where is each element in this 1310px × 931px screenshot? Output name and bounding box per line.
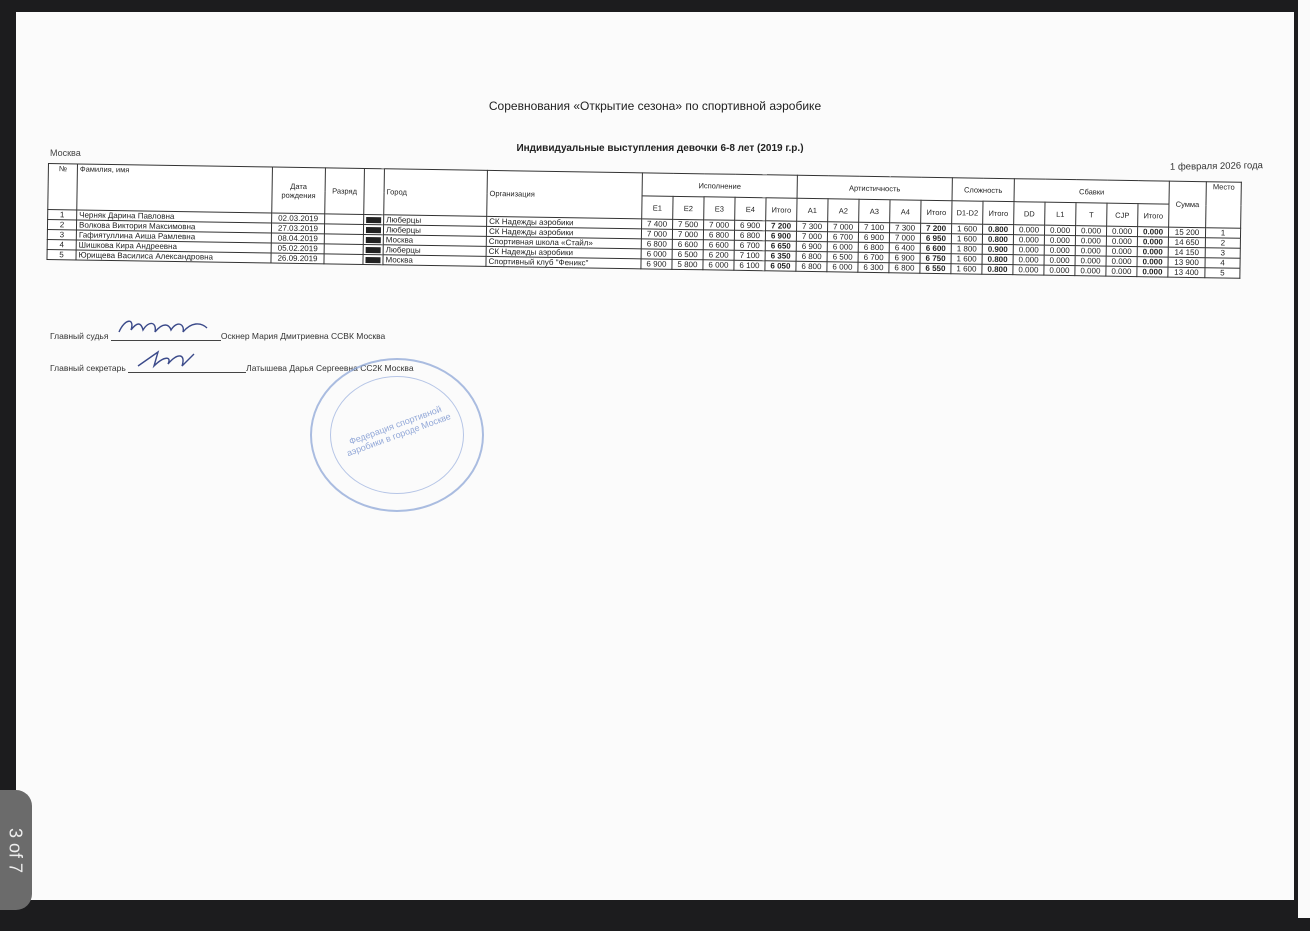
- subheader-cell: Итого: [766, 198, 797, 221]
- row-sum: 14 150: [1168, 247, 1205, 258]
- score-cell: 0.800: [982, 224, 1013, 234]
- row-dob: 02.03.2019: [272, 213, 325, 224]
- page-indicator[interactable]: 3 of 7: [0, 790, 32, 910]
- score-cell: 0.000: [1044, 235, 1075, 245]
- row-dob: 05.02.2019: [271, 243, 324, 254]
- row-num: 3: [47, 229, 76, 239]
- header-city: Город: [384, 169, 488, 217]
- score-cell: 6 350: [765, 251, 796, 261]
- header-num: №: [48, 164, 78, 210]
- row-num: 5: [47, 249, 76, 259]
- score-cell: 7 300: [797, 221, 828, 231]
- official-stamp: Федерация спортивной аэробики в городе М…: [310, 358, 484, 512]
- header-sum: Сумма: [1169, 181, 1207, 228]
- row-city: Москва: [383, 255, 486, 267]
- score-cell: 7 300: [890, 223, 921, 233]
- row-sum: 14 650: [1168, 237, 1205, 248]
- next-page-edge: [1298, 0, 1310, 918]
- score-cell: 0.000: [1044, 255, 1075, 265]
- score-cell: 6 600: [703, 240, 734, 250]
- subheader-cell: E1: [642, 196, 673, 219]
- score-cell: 1 600: [951, 234, 982, 244]
- score-cell: 0.000: [1013, 235, 1044, 245]
- score-cell: 6 400: [889, 243, 920, 253]
- score-cell: 6 650: [765, 241, 796, 251]
- score-cell: 0.000: [1137, 257, 1168, 267]
- score-cell: 7 000: [704, 220, 735, 230]
- score-cell: 6 900: [858, 232, 889, 242]
- score-cell: 6 900: [641, 259, 672, 269]
- score-cell: 7 000: [641, 229, 672, 239]
- score-cell: 0.900: [982, 244, 1013, 254]
- judge-label: Главный судья: [50, 331, 108, 341]
- score-cell: 6 800: [796, 261, 827, 271]
- score-cell: 0.000: [1013, 225, 1044, 235]
- row-sum: 13 400: [1168, 267, 1205, 278]
- subheader-cell: T: [1076, 203, 1107, 226]
- score-cell: 6 900: [735, 220, 766, 230]
- score-cell: 6 000: [827, 262, 858, 272]
- document-date: 1 февраля 2026 года: [1170, 160, 1263, 173]
- row-rank: [324, 234, 363, 245]
- score-cell: 6 000: [703, 260, 734, 270]
- row-rank: [324, 254, 363, 265]
- score-cell: 0.000: [1075, 246, 1106, 256]
- score-cell: 7 000: [672, 229, 703, 239]
- score-cell: 6 900: [765, 231, 796, 241]
- score-cell: 6 500: [827, 252, 858, 262]
- row-place: 1: [1205, 228, 1240, 239]
- row-dob: 27.03.2019: [271, 223, 324, 234]
- row-flag: [364, 214, 384, 224]
- row-sum: 13 900: [1168, 257, 1205, 268]
- row-flag: [363, 244, 383, 254]
- score-cell: 6 900: [889, 253, 920, 263]
- score-cell: 7 200: [921, 223, 952, 233]
- subheader-cell: L1: [1045, 202, 1076, 225]
- score-cell: 1 600: [952, 224, 983, 234]
- score-cell: 0.000: [1013, 255, 1044, 265]
- header-rank: Разряд: [325, 168, 365, 215]
- subheader-cell: A2: [828, 199, 859, 222]
- city-flag-icon: [366, 237, 381, 243]
- header-flag: [364, 168, 385, 214]
- score-cell: 0.000: [1137, 227, 1168, 237]
- score-cell: 6 800: [703, 230, 734, 240]
- row-dob: 08.04.2019: [271, 233, 324, 244]
- score-cell: 0.000: [1075, 236, 1106, 246]
- score-cell: 7 400: [642, 219, 673, 229]
- judge-name: Оскнер Мария Дмитриевна ССВК Москва: [221, 331, 385, 341]
- score-cell: 0.000: [1137, 237, 1168, 247]
- subheader-cell: E3: [704, 197, 735, 220]
- subheader-cell: A1: [797, 198, 828, 221]
- score-cell: 0.000: [1106, 236, 1137, 246]
- score-cell: 0.800: [982, 264, 1013, 274]
- subheader-cell: A4: [890, 200, 921, 223]
- score-cell: 6 900: [796, 241, 827, 251]
- row-rank: [324, 244, 363, 255]
- results-table: № Фамилия, имя Дата рождения Разряд Горо…: [46, 163, 1241, 279]
- score-cell: 0.000: [1137, 247, 1168, 257]
- city-flag-icon: [365, 257, 380, 263]
- subheader-cell: E4: [735, 197, 766, 220]
- score-cell: 6 600: [672, 239, 703, 249]
- score-cell: 6 950: [920, 233, 951, 243]
- city-flag-icon: [366, 217, 381, 223]
- header-execution: Исполнение: [642, 173, 797, 198]
- score-cell: 7 100: [734, 250, 765, 260]
- score-cell: 0.000: [1013, 265, 1044, 275]
- score-cell: 0.800: [982, 234, 1013, 244]
- score-cell: 0.000: [1075, 266, 1106, 276]
- score-cell: 1 600: [951, 264, 982, 274]
- header-dob: Дата рождения: [272, 167, 326, 214]
- score-cell: 6 000: [827, 242, 858, 252]
- document-subtitle: Индивидуальные выступления девочки 6-8 л…: [0, 143, 1310, 154]
- row-flag: [363, 224, 383, 234]
- row-num: 2: [47, 220, 76, 230]
- secretary-label: Главный секретарь: [50, 363, 126, 373]
- score-cell: 7 000: [889, 233, 920, 243]
- row-place: 5: [1205, 268, 1240, 279]
- score-cell: 0.000: [1106, 246, 1137, 256]
- score-cell: 0.000: [1075, 226, 1106, 236]
- subheader-cell: Итого: [983, 201, 1014, 224]
- score-cell: 1 600: [951, 254, 982, 264]
- subheader-cell: E2: [673, 196, 704, 219]
- score-cell: 6 700: [858, 252, 889, 262]
- score-cell: 0.800: [982, 254, 1013, 264]
- score-cell: 6 700: [827, 232, 858, 242]
- score-cell: 6 600: [920, 243, 951, 253]
- score-cell: 0.000: [1013, 245, 1044, 255]
- subheader-cell: D1-D2: [952, 201, 983, 224]
- score-cell: 7 500: [673, 219, 704, 229]
- subheader-cell: Итого: [1138, 204, 1169, 227]
- judge-signature: Главный судья Оскнер Мария Дмитриевна СС…: [50, 316, 385, 341]
- score-cell: 7 200: [766, 221, 797, 231]
- score-cell: 0.000: [1075, 256, 1106, 266]
- row-place: 4: [1205, 258, 1240, 269]
- subheader-cell: Итого: [921, 200, 952, 223]
- row-rank: [325, 214, 364, 225]
- handwritten-signature-icon: [128, 348, 246, 370]
- score-cell: 6 800: [889, 263, 920, 273]
- row-flag: [363, 254, 383, 264]
- score-cell: 6 800: [734, 230, 765, 240]
- header-name: Фамилия, имя: [77, 164, 273, 213]
- row-dob: 26.09.2019: [271, 253, 324, 264]
- score-cell: 7 000: [828, 222, 859, 232]
- judge-signature-line: [111, 316, 221, 341]
- score-cell: 0.000: [1106, 226, 1137, 236]
- subheader-cell: CJP: [1107, 203, 1138, 226]
- score-cell: 6 500: [672, 249, 703, 259]
- row-place: 3: [1205, 248, 1240, 259]
- row-sum: 15 200: [1168, 227, 1205, 238]
- row-num: 4: [47, 239, 76, 249]
- results-table-wrapper: № Фамилия, имя Дата рождения Разряд Горо…: [46, 163, 1241, 279]
- score-cell: 6 300: [858, 262, 889, 272]
- score-cell: 0.000: [1044, 225, 1075, 235]
- document-title: Соревнования «Открытие сезона» по спорти…: [0, 99, 1310, 113]
- handwritten-signature-icon: [111, 316, 221, 338]
- score-cell: 0.000: [1106, 256, 1137, 266]
- subheader-cell: A3: [859, 199, 890, 222]
- score-cell: 6 000: [641, 249, 672, 259]
- score-cell: 5 800: [672, 259, 703, 269]
- score-cell: 1 800: [951, 244, 982, 254]
- secretary-signature-line: [128, 348, 246, 373]
- city-flag-icon: [366, 227, 381, 233]
- page-indicator-label: 3 of 7: [5, 806, 26, 896]
- header-artistry: Артистичность: [797, 175, 952, 200]
- city-flag-icon: [366, 247, 381, 253]
- header-deductions: Сбавки: [1014, 179, 1169, 204]
- row-rank: [324, 224, 363, 235]
- score-cell: 6 800: [796, 251, 827, 261]
- row-flag: [363, 234, 383, 244]
- score-cell: 6 050: [765, 261, 796, 271]
- score-cell: 6 100: [734, 260, 765, 270]
- score-cell: 7 100: [859, 222, 890, 232]
- score-cell: 6 200: [703, 250, 734, 260]
- row-org: Спортивный клуб "Феникс": [486, 256, 641, 268]
- score-cell: 0.000: [1137, 267, 1168, 277]
- row-place: 2: [1205, 238, 1240, 249]
- score-cell: 6 800: [641, 239, 672, 249]
- row-num: 1: [48, 210, 77, 220]
- header-org: Организация: [487, 170, 643, 218]
- score-cell: 7 000: [796, 231, 827, 241]
- score-cell: 0.000: [1044, 265, 1075, 275]
- score-cell: 6 700: [734, 240, 765, 250]
- score-cell: 0.000: [1106, 266, 1137, 276]
- score-cell: 6 800: [858, 242, 889, 252]
- header-place: Место: [1206, 182, 1242, 229]
- score-cell: 6 550: [920, 263, 951, 273]
- subheader-cell: DD: [1014, 202, 1045, 225]
- score-cell: 0.000: [1044, 245, 1075, 255]
- header-difficulty: Сложность: [952, 178, 1014, 202]
- score-cell: 6 750: [920, 253, 951, 263]
